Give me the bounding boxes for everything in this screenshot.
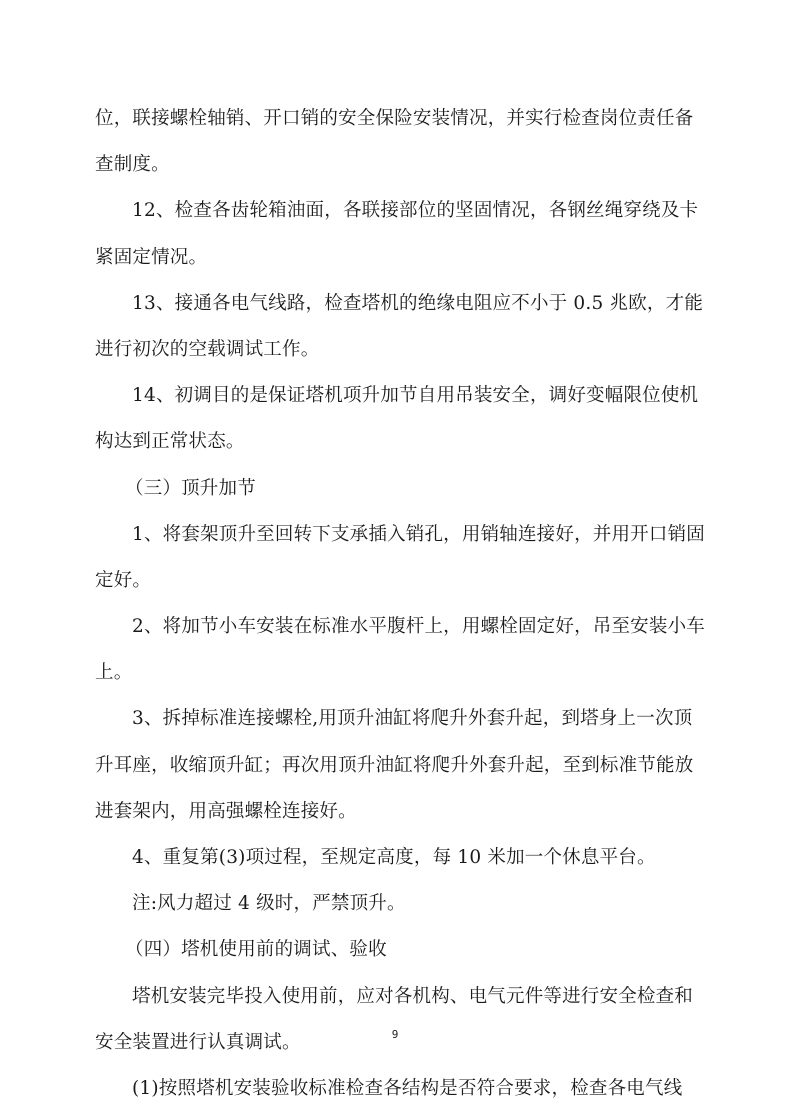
intro-paragraph: 塔机安装完毕投入使用前，应对各机构、电气元件等进行安全检查和: [95, 974, 715, 1020]
section-heading-4: （四）塔机使用前的调试、验收: [95, 927, 715, 973]
page-number: 9: [0, 1028, 790, 1041]
section-heading-3: （三）顶升加节: [95, 466, 715, 512]
text-line-continuation: 位，联接螺栓轴销、开口销的安全保险安装情况，并实行检查岗位责任备: [95, 96, 715, 142]
text-line-continuation: 进套架内，用高强螺栓连接好。: [95, 789, 715, 835]
text-line-continuation: 定好。: [95, 558, 715, 604]
list-item-2: 2、将加节小车安装在标准水平腹杆上，用螺栓固定好，吊至安装小车: [95, 604, 715, 650]
text-line-continuation: 查制度。: [95, 142, 715, 188]
text-line-continuation: 升耳座，收缩顶升缸；再次用顶升油缸将爬升外套升起，至到标准节能放: [95, 743, 715, 789]
list-item-14: 14、初调目的是保证塔机项升加节自用吊装安全，调好变幅限位使机: [95, 373, 715, 419]
text-line-continuation: 安全装置进行认真调试。: [95, 1020, 715, 1066]
text-line-continuation: 构达到正常状态。: [95, 419, 715, 465]
list-item-1: 1、将套架顶升至回转下支承插入销孔，用销轴连接好，并用开口销固: [95, 512, 715, 558]
list-item-13: 13、接通各电气线路，检查塔机的绝缘电阻应不小于 0.5 兆欧，才能: [95, 281, 715, 327]
list-item-3: 3、拆掉标准连接螺栓,用顶升油缸将爬升外套升起，到塔身上一次顶: [95, 696, 715, 742]
text-line-continuation: 上。: [95, 650, 715, 696]
document-body: 位，联接螺栓轴销、开口销的安全保险安装情况，并实行检查岗位责任备 查制度。 12…: [95, 96, 715, 1112]
text-line-continuation: 紧固定情况。: [95, 235, 715, 281]
document-page: 位，联接螺栓轴销、开口销的安全保险安装情况，并实行检查岗位责任备 查制度。 12…: [0, 0, 790, 1118]
list-item-paren-1: (1)按照塔机安装验收标准检查各结构是否符合要求，检查各电气线: [95, 1066, 715, 1112]
text-line-continuation: 进行初次的空载调试工作。: [95, 327, 715, 373]
note-paragraph: 注:风力超过 4 级时，严禁顶升。: [95, 881, 715, 927]
list-item-12: 12、检查各齿轮箱油面，各联接部位的坚固情况，各钢丝绳穿绕及卡: [95, 188, 715, 234]
list-item-4: 4、重复第(3)项过程，至规定高度，每 10 米加一个休息平台。: [95, 835, 715, 881]
